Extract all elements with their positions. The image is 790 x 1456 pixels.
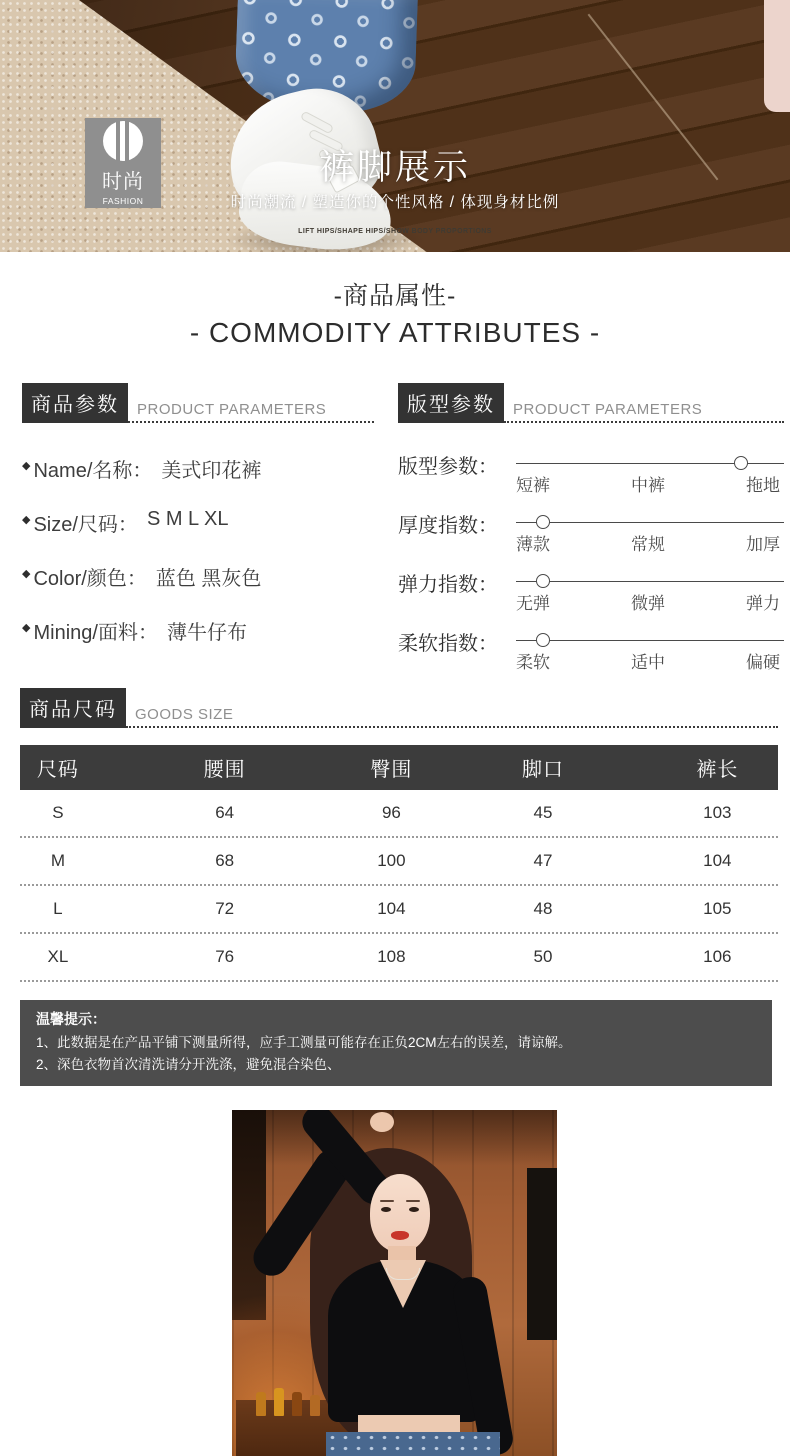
attributes-heading-en: - COMMODITY ATTRIBUTES - xyxy=(0,317,790,349)
param-label: Mining/面料： xyxy=(33,616,157,645)
slider-track xyxy=(516,522,784,523)
printed-jeans xyxy=(326,1432,500,1456)
slider-track xyxy=(516,581,784,582)
cell: 104 xyxy=(657,851,778,871)
goods-size-section: 商品尺码 GOODS SIZE 尺码 腰围 臀围 脚口 裤长 S 64 96 4… xyxy=(20,688,778,982)
cell: 96 xyxy=(354,803,430,823)
diamond-bullet-icon: ◆ xyxy=(22,513,30,526)
hero-photo: 时尚 FASHION 裤脚展示 时尚潮流 / 塑造你的个性风格 / 体现身材比例… xyxy=(0,0,790,252)
dark-wall-edge xyxy=(232,1110,266,1320)
cell: 76 xyxy=(96,947,354,967)
slider-knob-icon xyxy=(734,456,748,470)
slider-label: 柔软指数： xyxy=(398,627,516,673)
param-label: Name/名称： xyxy=(33,454,152,483)
param-item-color: ◆ Color/颜色： 蓝色 黑灰色 xyxy=(22,562,374,616)
slider-options: 短裤 中裤 拖地 xyxy=(516,471,784,496)
hero-subtitle: 时尚潮流 / 塑造你的个性风格 / 体现身材比例 xyxy=(0,190,790,212)
attributes-heading: -商品属性- - COMMODITY ATTRIBUTES - xyxy=(0,276,790,349)
hero-tagline: LIFT HIPS/SHAPE HIPS/SHOW BODY PROPORTIO… xyxy=(0,228,790,235)
slider-option: 适中 xyxy=(631,648,665,673)
param-label: Size/尺码： xyxy=(33,508,137,537)
col-header-waist: 腰围 xyxy=(96,753,354,782)
slider-label: 厚度指数： xyxy=(398,509,516,555)
cell: XL xyxy=(20,947,96,967)
slider-body: 薄款 常规 加厚 xyxy=(516,509,784,555)
section-title-badge: 商品尺码 xyxy=(20,688,126,728)
table-row: XL 76 108 50 106 xyxy=(20,934,778,982)
slider-body: 短裤 中裤 拖地 xyxy=(516,450,784,496)
eye xyxy=(409,1207,419,1212)
eye xyxy=(381,1207,391,1212)
size-table-header-row: 尺码 腰围 臀围 脚口 裤长 xyxy=(20,745,778,790)
fit-parameters-section: 版型参数 PRODUCT PARAMETERS 版型参数： 短裤 中裤 拖地 xyxy=(398,383,784,686)
tip-line-1: 1、此数据是在产品平铺下测量所得，应手工测量可能存在正负2CM左右的误差，请谅解… xyxy=(36,1032,756,1054)
param-item-name: ◆ Name/名称： 美式印花裤 xyxy=(22,454,374,508)
slider-label: 弹力指数： xyxy=(398,568,516,614)
warm-tips-box: 温馨提示： 1、此数据是在产品平铺下测量所得，应手工测量可能存在正负2CM左右的… xyxy=(20,1000,772,1086)
slider-knob-icon xyxy=(536,515,550,529)
cell: 45 xyxy=(429,803,656,823)
param-value: 美式印花裤 xyxy=(161,454,261,483)
param-item-size: ◆ Size/尺码： S M L XL xyxy=(22,508,374,562)
pink-object xyxy=(764,0,790,112)
slider-options: 无弹 微弹 弹力 xyxy=(516,589,784,614)
slider-knob-icon xyxy=(536,574,550,588)
table-row: M 68 100 47 104 xyxy=(20,838,778,886)
slider-track xyxy=(516,463,784,464)
model-face xyxy=(370,1174,430,1252)
fit-sliders: 版型参数： 短裤 中裤 拖地 厚度指数： xyxy=(398,450,784,673)
slider-option: 无弹 xyxy=(516,589,550,614)
slider-option: 薄款 xyxy=(516,530,550,555)
cell: 100 xyxy=(354,851,430,871)
cell: 106 xyxy=(657,947,778,967)
hero-title: 裤脚展示 xyxy=(0,140,790,190)
section-title-en: PRODUCT PARAMETERS xyxy=(504,401,784,423)
fit-parameters-header: 版型参数 PRODUCT PARAMETERS xyxy=(398,383,784,423)
size-table: 尺码 腰围 臀围 脚口 裤长 S 64 96 45 103 M 68 100 4… xyxy=(20,745,778,982)
attributes-heading-zh: -商品属性- xyxy=(0,276,790,312)
slider-option: 弹力 xyxy=(746,589,780,614)
diamond-bullet-icon: ◆ xyxy=(22,567,30,580)
model-photo xyxy=(232,1110,557,1456)
cell: 103 xyxy=(657,803,778,823)
tv-screen xyxy=(527,1168,557,1340)
cell: 72 xyxy=(96,899,354,919)
slider-option: 拖地 xyxy=(746,471,780,496)
bottle xyxy=(310,1395,320,1416)
section-title-en: PRODUCT PARAMETERS xyxy=(128,401,374,423)
tip-line-2: 2、深色衣物首次清洗请分开洗涤，避免混合染色、 xyxy=(36,1054,756,1076)
cell: 68 xyxy=(96,851,354,871)
slider-options: 柔软 适中 偏硬 xyxy=(516,648,784,673)
slider-option: 加厚 xyxy=(746,530,780,555)
section-title-badge: 商品参数 xyxy=(22,383,128,423)
product-parameters-section: 商品参数 PRODUCT PARAMETERS ◆ Name/名称： 美式印花裤… xyxy=(22,383,374,670)
cell: 50 xyxy=(429,947,656,967)
bottle xyxy=(292,1392,302,1416)
table-row: S 64 96 45 103 xyxy=(20,790,778,838)
slider-options: 薄款 常规 加厚 xyxy=(516,530,784,555)
cell: 104 xyxy=(354,899,430,919)
cell: S xyxy=(20,803,96,823)
slider-option: 短裤 xyxy=(516,471,550,496)
goods-size-header: 商品尺码 GOODS SIZE xyxy=(20,688,778,728)
param-item-fabric: ◆ Mining/面料： 薄牛仔布 xyxy=(22,616,374,670)
table-row: L 72 104 48 105 xyxy=(20,886,778,934)
eyebrow xyxy=(380,1200,394,1202)
cell: L xyxy=(20,899,96,919)
slider-body: 无弹 微弹 弹力 xyxy=(516,568,784,614)
cell: 105 xyxy=(657,899,778,919)
slider-track xyxy=(516,640,784,641)
product-detail-page: 时尚 FASHION 裤脚展示 时尚潮流 / 塑造你的个性风格 / 体现身材比例… xyxy=(0,0,790,1456)
section-title-badge: 版型参数 xyxy=(398,383,504,423)
slider-label: 版型参数： xyxy=(398,450,516,496)
section-title-en: GOODS SIZE xyxy=(126,706,778,728)
slider-option: 常规 xyxy=(631,530,665,555)
slider-fit-type: 版型参数： 短裤 中裤 拖地 xyxy=(398,450,784,496)
slider-option: 柔软 xyxy=(516,648,550,673)
cell: 48 xyxy=(429,899,656,919)
cell: 47 xyxy=(429,851,656,871)
slider-elasticity: 弹力指数： 无弹 微弹 弹力 xyxy=(398,568,784,614)
param-label: Color/颜色： xyxy=(33,562,146,591)
param-value: S M L XL xyxy=(147,508,229,531)
col-header-hip: 臀围 xyxy=(354,753,430,782)
lips xyxy=(391,1231,409,1240)
diamond-bullet-icon: ◆ xyxy=(22,459,30,472)
eyebrow xyxy=(406,1200,420,1202)
cell: 108 xyxy=(354,947,430,967)
slider-option: 中裤 xyxy=(631,471,665,496)
slider-option: 微弹 xyxy=(631,589,665,614)
slider-softness: 柔软指数： 柔软 适中 偏硬 xyxy=(398,627,784,673)
model-hand xyxy=(370,1112,394,1132)
slider-knob-icon xyxy=(536,633,550,647)
slider-option: 偏硬 xyxy=(746,648,780,673)
bottle xyxy=(256,1392,266,1416)
product-parameters-list: ◆ Name/名称： 美式印花裤 ◆ Size/尺码： S M L XL ◆ C… xyxy=(22,454,374,670)
col-header-length: 裤长 xyxy=(657,753,778,782)
param-value: 薄牛仔布 xyxy=(167,616,247,645)
col-header-size: 尺码 xyxy=(20,753,96,782)
col-header-leg-opening: 脚口 xyxy=(429,753,656,782)
diamond-bullet-icon: ◆ xyxy=(22,621,30,634)
slider-body: 柔软 适中 偏硬 xyxy=(516,627,784,673)
param-value: 蓝色 黑灰色 xyxy=(156,562,262,591)
cell: 64 xyxy=(96,803,354,823)
slider-thickness: 厚度指数： 薄款 常规 加厚 xyxy=(398,509,784,555)
product-parameters-header: 商品参数 PRODUCT PARAMETERS xyxy=(22,383,374,423)
bottle xyxy=(274,1388,284,1416)
cell: M xyxy=(20,851,96,871)
tips-title: 温馨提示： xyxy=(36,1009,756,1029)
